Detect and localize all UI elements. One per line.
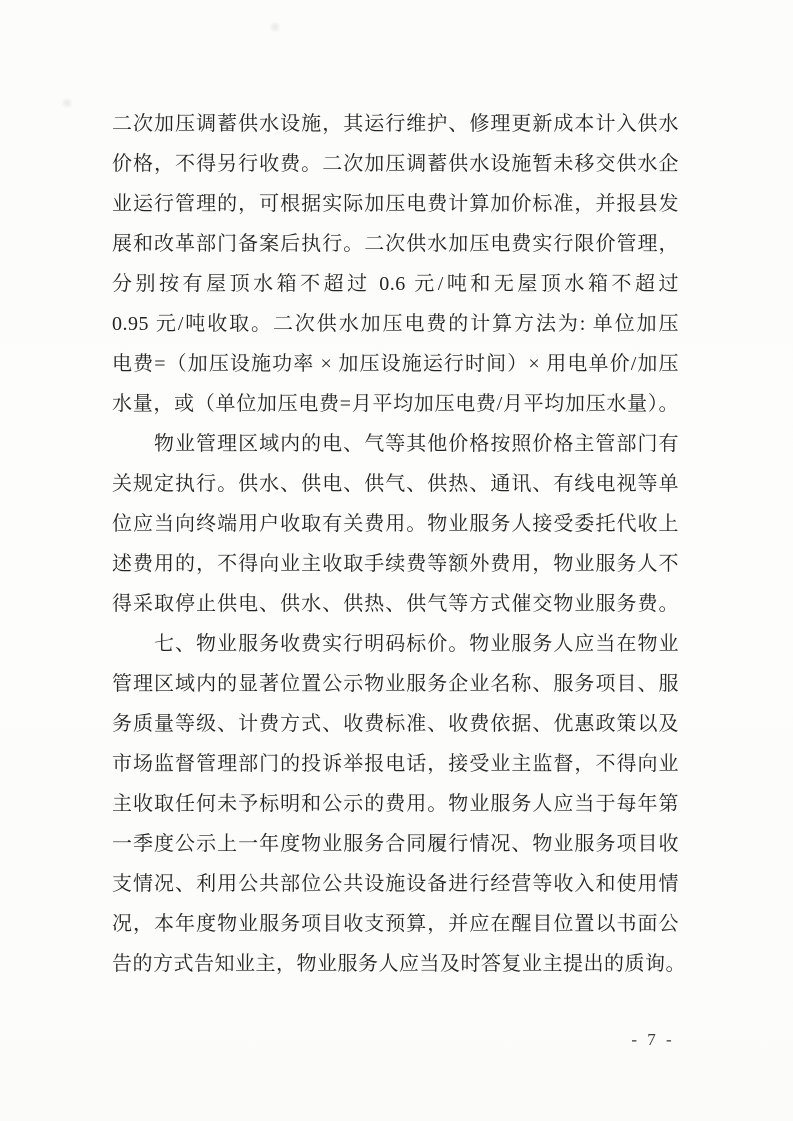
text-line: 支情况、利用公共部位公共设施设备进行经营等收入和使用情	[112, 864, 679, 904]
text-line: 一季度公示上一年度物业服务合同履行情况、物业服务项目收	[112, 824, 679, 864]
text-line: 分别按有屋顶水箱不超过 0.6 元/吨和无屋顶水箱不超过	[112, 264, 679, 304]
text-line: 况，本年度物业服务项目收支预算，并应在醒目位置以书面公	[112, 904, 679, 944]
text-line: 七、物业服务收费实行明码标价。物业服务人应当在物业	[112, 624, 679, 664]
text-line: 市场监督管理部门的投诉举报电话，接受业主监督，不得向业	[112, 744, 679, 784]
text-line: 业运行管理的，可根据实际加压电费计算加价标准，并报县发	[112, 184, 679, 224]
text-line: 得采取停止供电、供水、供热、供气等方式催交物业服务费。	[112, 584, 679, 624]
text-line: 物业管理区域内的电、气等其他价格按照价格主管部门有	[112, 424, 679, 464]
text-line: 电费=（加压设施功率 × 加压设施运行时间）× 用电单价/加压	[112, 344, 679, 384]
text-line: 水量，或（单位加压电费=月平均加压电费/月平均加压水量）。	[112, 384, 679, 424]
text-line: 述费用的，不得向业主收取手续费等额外费用，物业服务人不	[112, 544, 679, 584]
text-line: 价格，不得另行收费。二次加压调蓄供水设施暂未移交供水企	[112, 144, 679, 184]
document-page: 二次加压调蓄供水设施，其运行维护、修理更新成本计入供水价格，不得另行收费。二次加…	[0, 0, 793, 1121]
text-line: 位应当向终端用户收取有关费用。物业服务人接受委托代收上	[112, 504, 679, 544]
scan-artifact	[60, 98, 74, 108]
text-line: 主收取任何未予标明和公示的费用。物业服务人应当于每年第	[112, 784, 679, 824]
text-line: 展和改革部门备案后执行。二次供水加压电费实行限价管理，	[112, 224, 679, 264]
text-line: 务质量等级、计费方式、收费标准、收费依据、优惠政策以及	[112, 704, 679, 744]
text-line: 关规定执行。供水、供电、供气、供热、通讯、有线电视等单	[112, 464, 679, 504]
document-body: 二次加压调蓄供水设施，其运行维护、修理更新成本计入供水价格，不得另行收费。二次加…	[112, 104, 679, 984]
text-line: 管理区域内的显著位置公示物业服务企业名称、服务项目、服	[112, 664, 679, 704]
scan-artifact	[268, 22, 282, 32]
text-line: 二次加压调蓄供水设施，其运行维护、修理更新成本计入供水	[112, 104, 679, 144]
text-line: 0.95 元/吨收取。二次供水加压电费的计算方法为: 单位加压	[112, 304, 679, 344]
page-number: - 7 -	[608, 1028, 698, 1052]
text-line: 告的方式告知业主，物业服务人应当及时答复业主提出的质询。	[112, 944, 679, 984]
